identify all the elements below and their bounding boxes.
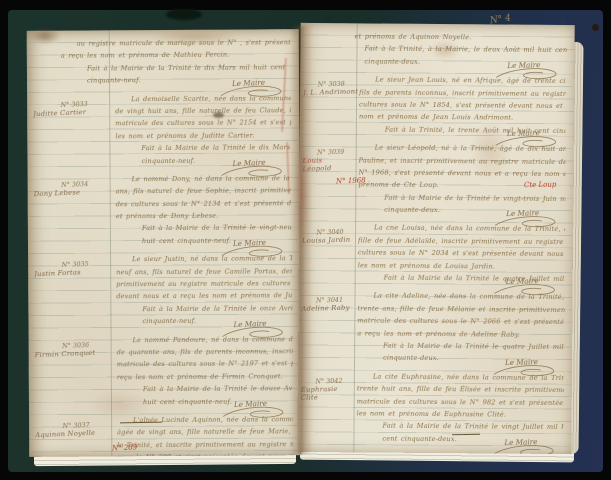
register-entry: au registre matricule de mariage sous le… — [27, 36, 299, 87]
handwritten-line: des cultures sous le N° 2134 et s'est pr… — [116, 197, 292, 210]
entry-margin-name: Léopold — [302, 164, 358, 174]
closing-line: Fait à la Mairie de la Trinité le dix Ma… — [115, 141, 291, 154]
handwritten-line: devant nous et a reçu les nom et prénoms… — [116, 290, 292, 303]
register-entry: N° 3034Dony LebeseLe nommé Dony, né dans… — [28, 172, 300, 248]
left-page: au registre matricule de mariage sous le… — [27, 29, 302, 457]
entry-margin: N° 3042EuphrasieClité — [297, 370, 357, 445]
entry-margin: N° 3038J. L. Andrimont — [300, 73, 359, 135]
entry-margin-name: Louisa Jardin — [302, 236, 358, 246]
gutter-stain — [294, 140, 310, 250]
closing-line: Fait à la Mairie de la Trinité le douze … — [117, 382, 293, 395]
register-entry: N° 3035Justin FortasLe sieur Justin, né … — [28, 252, 300, 328]
entry-body: Le nommé Pandoure, né dans la commune de… — [117, 333, 301, 408]
handwritten-line: Le nommé Dony, né dans la commune de la … — [116, 172, 292, 185]
entry-body: La demoiselle Scartte, née dans la commu… — [115, 92, 299, 167]
entry-margin: N° 3036Firmin Cronquet — [29, 334, 117, 409]
register-entry: N° 3037Aquinon NoyelleL'aînée Lucinde Aq… — [29, 413, 301, 457]
handwritten-line: la Trinité, et inscrite primitivement au… — [117, 438, 293, 451]
register-entry: N° 3033Juditte CartierLa demoiselle Scar… — [27, 92, 299, 168]
signature-paraph-icon — [491, 443, 561, 455]
register-entry: N° 3036Firmin CronquetLe nommé Pandoure,… — [29, 333, 301, 409]
entry-margin-name: Clité — [301, 392, 357, 402]
entry-body: Le sieur Léopold, né à la Trinité, âgé d… — [358, 142, 574, 218]
handwritten-line: matricule des cultures sous le N° 2197 e… — [117, 358, 293, 371]
entry-margin: N° 3034Dony Lebese — [28, 173, 116, 248]
handwritten-line: Le sieur Justin, né dans la commune de l… — [116, 252, 292, 265]
register-entry: N° 3041Adeline RabyLa cite Adeline, née … — [298, 289, 573, 365]
entry-body: L'aînée Lucinde Aquinon, née dans la com… — [117, 413, 301, 457]
entry-margin: N° 3033Juditte Cartier — [27, 93, 115, 168]
entry-body: Le nommé Dony, né dans la commune de la … — [116, 172, 300, 247]
entry-margin: N° 3037Aquinon Noyelle — [29, 414, 117, 457]
right-page: et prénoms de Aquinon Noyelle.Fait à la … — [297, 23, 574, 454]
handwritten-line: L'aînée Lucinde Aquinon, née dans la com… — [117, 413, 293, 426]
scanned-register-photo: au registre matricule de mariage sous le… — [0, 0, 611, 480]
closing-line: Fait à la Mairie de la Trinité le vingt-… — [116, 222, 292, 235]
entry-body: Le sieur Justin, né dans la commune de l… — [116, 252, 300, 327]
register-entry: N° 3038J. L. AndrimontLe sieur Jean Loui… — [300, 73, 574, 137]
handwritten-line: matricule des cultures sous le N° 2154 e… — [115, 117, 291, 130]
register-entry: et prénoms de Aquinon Noyelle.Fait à la … — [300, 30, 574, 69]
handwritten-line: de vingt huit ans, fille naturelle de fe… — [115, 104, 291, 117]
red-matricule-note: N° 1968 — [336, 176, 366, 185]
entry-body: La cne Louisa, née dans la commune de la… — [358, 222, 573, 286]
handwritten-line: primitivement au registre matricule des … — [116, 277, 292, 290]
handwritten-line: et prénoms de Dony Lebese. — [116, 209, 292, 222]
handwritten-line: ans, fils naturel de feue Sophie, inscri… — [116, 185, 292, 198]
handwritten-line: La demoiselle Scartte, née dans la commu… — [115, 92, 291, 105]
register-entry: N° 3040Louisa JardinLa cne Louisa, née d… — [299, 221, 573, 285]
right-page-entries: et prénoms de Aquinon Noyelle.Fait à la … — [297, 23, 574, 454]
handwritten-line: Le nommé Pandoure, né dans la commune de… — [117, 333, 293, 346]
red-name-note: Cte Loup — [524, 181, 557, 190]
entry-margin-name: Adeline Raby — [301, 304, 357, 314]
entry-margin-name: J. L. Andrimont — [303, 88, 359, 98]
left-page-entries: au registre matricule de mariage sous le… — [27, 29, 302, 457]
handwritten-line: les nom et prénoms de Juditte Cartier. — [115, 129, 291, 142]
entry-body: La cite Euphrasine, née dans la commune … — [356, 370, 572, 446]
red-register-note: N° 289 — [112, 444, 137, 453]
page-number: 3 — [560, 19, 564, 27]
entry-margin: N° 3041Adeline Raby — [298, 289, 358, 364]
register-entry: N° 3042EuphrasieClitéLa cite Euphrasine,… — [297, 370, 572, 446]
handwritten-line: reçu les nom et prénoms de Firmin Cronqu… — [117, 370, 293, 383]
handwritten-line: de quarante ans, fils de parents inconnu… — [117, 345, 293, 358]
handwritten-line: âgée de vingt ans, fille naturelle de fe… — [117, 426, 293, 439]
entry-margin: N° 3035Justin Fortas — [28, 254, 116, 329]
closing-line: Fait à la Mairie de la Trinité le onze A… — [116, 302, 292, 315]
entry-body: La cite Adeline, née dans la commune de … — [357, 290, 573, 366]
handwritten-line: neuf ans, fils naturel de feue Camille P… — [116, 265, 292, 278]
entry-body: Le sieur Jean Louis, né en Afrique, âgé … — [359, 74, 574, 138]
entry-margin-name: Justin Fortas — [34, 267, 116, 278]
